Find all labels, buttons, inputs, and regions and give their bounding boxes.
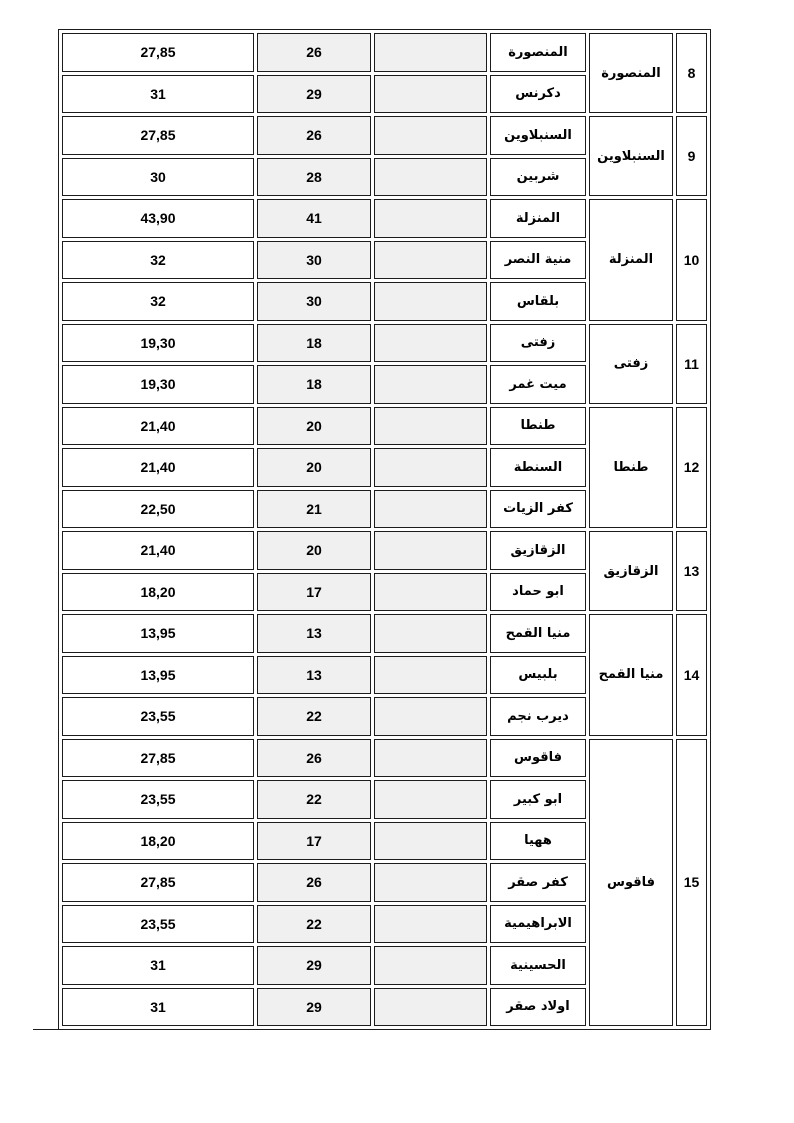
amount-cell: 18,20 xyxy=(62,573,254,612)
branch-name-cell: الحسينية xyxy=(490,946,586,985)
table-row: 10المنزلةالمنزلة4143,90 xyxy=(62,199,707,238)
table-row: 12طنطاطنطا2021,40 xyxy=(62,407,707,446)
count-cell: 26 xyxy=(257,863,371,902)
amount-cell: 31 xyxy=(62,946,254,985)
count-cell: 28 xyxy=(257,158,371,197)
count-cell: 17 xyxy=(257,573,371,612)
branch-name-cell: الزقازيق xyxy=(490,531,586,570)
count-cell: 22 xyxy=(257,905,371,944)
count-cell: 13 xyxy=(257,614,371,653)
table-row: 8المنصورةالمنصورة2627,85 xyxy=(62,33,707,72)
branch-name-cell: دكرنس xyxy=(490,75,586,114)
blank-shaded-cell xyxy=(374,365,487,404)
rates-table-body: 8المنصورةالمنصورة2627,85دكرنس29319السنبل… xyxy=(62,33,707,1026)
branch-name-cell: المنصورة xyxy=(490,33,586,72)
count-cell: 18 xyxy=(257,365,371,404)
amount-cell: 30 xyxy=(62,158,254,197)
blank-shaded-cell xyxy=(374,407,487,446)
amount-cell: 19,30 xyxy=(62,365,254,404)
count-cell: 22 xyxy=(257,780,371,819)
branch-name-cell: كفر صقر xyxy=(490,863,586,902)
group-name-cell: زفتى xyxy=(589,324,673,404)
blank-shaded-cell xyxy=(374,822,487,861)
amount-cell: 23,55 xyxy=(62,780,254,819)
group-serial-cell: 14 xyxy=(676,614,707,736)
branch-name-cell: ابو كبير xyxy=(490,780,586,819)
blank-shaded-cell xyxy=(374,448,487,487)
group-serial-cell: 11 xyxy=(676,324,707,404)
branch-name-cell: بلقاس xyxy=(490,282,586,321)
blank-shaded-cell xyxy=(374,158,487,197)
branch-name-cell: ههيا xyxy=(490,822,586,861)
blank-shaded-cell xyxy=(374,739,487,778)
blank-shaded-cell xyxy=(374,780,487,819)
amount-cell: 21,40 xyxy=(62,407,254,446)
amount-cell: 27,85 xyxy=(62,116,254,155)
group-serial-cell: 15 xyxy=(676,739,707,1027)
count-cell: 13 xyxy=(257,656,371,695)
branch-name-cell: ميت غمر xyxy=(490,365,586,404)
branch-name-cell: بلبيس xyxy=(490,656,586,695)
count-cell: 21 xyxy=(257,490,371,529)
count-cell: 29 xyxy=(257,946,371,985)
count-cell: 26 xyxy=(257,33,371,72)
blank-shaded-cell xyxy=(374,573,487,612)
group-name-cell: منيا القمح xyxy=(589,614,673,736)
branch-name-cell: الابراهيمية xyxy=(490,905,586,944)
count-cell: 26 xyxy=(257,739,371,778)
amount-cell: 27,85 xyxy=(62,739,254,778)
branch-name-cell: كفر الزيات xyxy=(490,490,586,529)
table-row: 15فاقوسفاقوس2627,85 xyxy=(62,739,707,778)
blank-shaded-cell xyxy=(374,282,487,321)
group-serial-cell: 8 xyxy=(676,33,707,113)
branch-name-cell: زفتى xyxy=(490,324,586,363)
rates-table: 8المنصورةالمنصورة2627,85دكرنس29319السنبل… xyxy=(58,29,711,1030)
branch-name-cell: اولاد صقر xyxy=(490,988,586,1027)
count-cell: 17 xyxy=(257,822,371,861)
count-cell: 26 xyxy=(257,116,371,155)
amount-cell: 21,40 xyxy=(62,531,254,570)
count-cell: 29 xyxy=(257,75,371,114)
count-cell: 20 xyxy=(257,407,371,446)
group-name-cell: فاقوس xyxy=(589,739,673,1027)
amount-cell: 22,50 xyxy=(62,490,254,529)
branch-name-cell: السنطة xyxy=(490,448,586,487)
blank-shaded-cell xyxy=(374,116,487,155)
blank-shaded-cell xyxy=(374,75,487,114)
blank-shaded-cell xyxy=(374,33,487,72)
branch-name-cell: شربين xyxy=(490,158,586,197)
group-name-cell: المنزلة xyxy=(589,199,673,321)
amount-cell: 18,20 xyxy=(62,822,254,861)
branch-name-cell: ابو حماد xyxy=(490,573,586,612)
branch-name-cell: منيا القمح xyxy=(490,614,586,653)
blank-shaded-cell xyxy=(374,697,487,736)
amount-cell: 23,55 xyxy=(62,905,254,944)
rates-table-container: 8المنصورةالمنصورة2627,85دكرنس29319السنبل… xyxy=(58,29,711,1030)
amount-cell: 19,30 xyxy=(62,324,254,363)
table-row: 9السنبلاوينالسنبلاوين2627,85 xyxy=(62,116,707,155)
amount-cell: 43,90 xyxy=(62,199,254,238)
blank-shaded-cell xyxy=(374,241,487,280)
amount-cell: 31 xyxy=(62,75,254,114)
group-serial-cell: 10 xyxy=(676,199,707,321)
group-serial-cell: 12 xyxy=(676,407,707,529)
amount-cell: 13,95 xyxy=(62,656,254,695)
blank-shaded-cell xyxy=(374,656,487,695)
amount-cell: 32 xyxy=(62,241,254,280)
group-name-cell: المنصورة xyxy=(589,33,673,113)
blank-shaded-cell xyxy=(374,863,487,902)
branch-name-cell: طنطا xyxy=(490,407,586,446)
count-cell: 30 xyxy=(257,241,371,280)
blank-shaded-cell xyxy=(374,905,487,944)
branch-name-cell: فاقوس xyxy=(490,739,586,778)
branch-name-cell: ديرب نجم xyxy=(490,697,586,736)
amount-cell: 27,85 xyxy=(62,863,254,902)
count-cell: 20 xyxy=(257,448,371,487)
branch-name-cell: منية النصر xyxy=(490,241,586,280)
amount-cell: 23,55 xyxy=(62,697,254,736)
branch-name-cell: المنزلة xyxy=(490,199,586,238)
blank-shaded-cell xyxy=(374,988,487,1027)
count-cell: 22 xyxy=(257,697,371,736)
blank-shaded-cell xyxy=(374,946,487,985)
count-cell: 20 xyxy=(257,531,371,570)
count-cell: 41 xyxy=(257,199,371,238)
table-row: 14منيا القمحمنيا القمح1313,95 xyxy=(62,614,707,653)
amount-cell: 13,95 xyxy=(62,614,254,653)
blank-shaded-cell xyxy=(374,490,487,529)
count-cell: 30 xyxy=(257,282,371,321)
group-serial-cell: 13 xyxy=(676,531,707,611)
group-name-cell: السنبلاوين xyxy=(589,116,673,196)
table-row: 11زفتىزفتى1819,30 xyxy=(62,324,707,363)
count-cell: 18 xyxy=(257,324,371,363)
group-name-cell: طنطا xyxy=(589,407,673,529)
amount-cell: 31 xyxy=(62,988,254,1027)
blank-shaded-cell xyxy=(374,324,487,363)
amount-cell: 27,85 xyxy=(62,33,254,72)
footnote-separator-line xyxy=(33,1029,129,1030)
branch-name-cell: السنبلاوين xyxy=(490,116,586,155)
count-cell: 29 xyxy=(257,988,371,1027)
document-page: 8المنصورةالمنصورة2627,85دكرنس29319السنبل… xyxy=(0,0,794,1123)
blank-shaded-cell xyxy=(374,531,487,570)
amount-cell: 32 xyxy=(62,282,254,321)
table-row: 13الزقازيقالزقازيق2021,40 xyxy=(62,531,707,570)
blank-shaded-cell xyxy=(374,614,487,653)
amount-cell: 21,40 xyxy=(62,448,254,487)
blank-shaded-cell xyxy=(374,199,487,238)
group-serial-cell: 9 xyxy=(676,116,707,196)
group-name-cell: الزقازيق xyxy=(589,531,673,611)
